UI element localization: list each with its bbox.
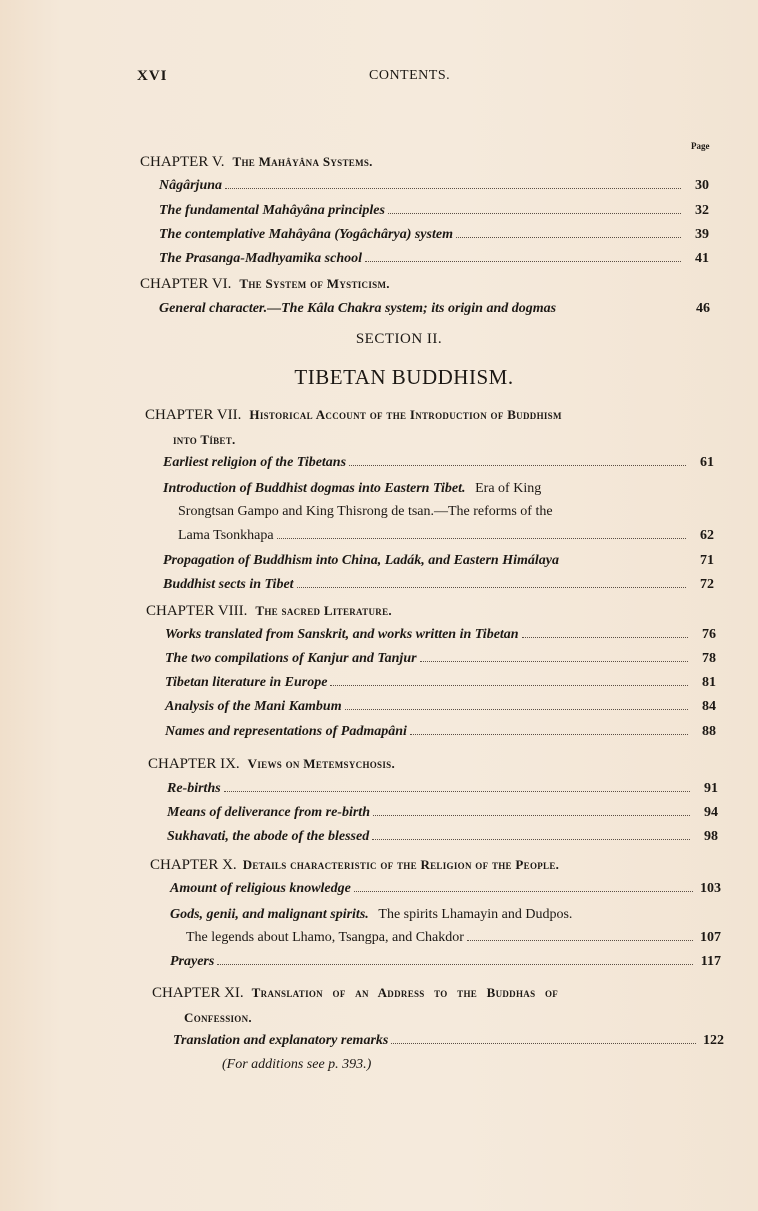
additions-note: (For additions see p. 393.) <box>222 1057 371 1073</box>
chapter-label: CHAPTER XI. <box>152 985 244 1001</box>
chapter-label: CHAPTER VI. <box>140 276 231 292</box>
section-label: SECTION II. <box>0 331 758 348</box>
entry-page: 76 <box>694 627 716 643</box>
toc-entry[interactable]: Earliest religion of the Tibetans61 <box>163 455 714 471</box>
leader-dots <box>224 791 690 792</box>
leader-dots <box>410 734 688 735</box>
entry-title: Nâgârjuna <box>159 178 222 194</box>
leader-dots <box>467 940 693 941</box>
entry-page: 39 <box>687 227 709 243</box>
chapter-label: CHAPTER IX. <box>148 756 240 772</box>
entry-title: The contemplative Mahâyâna (Yogâchârya) … <box>159 227 453 243</box>
leader-dots <box>388 213 681 214</box>
entry-title: Re-births <box>167 781 221 797</box>
leader-dots <box>349 465 686 466</box>
entry-page: 103 <box>699 881 721 897</box>
entry-title: Names and representations of Padmapâni <box>165 724 407 740</box>
leader-dots <box>420 661 688 662</box>
chapter-heading: CHAPTER VII.Historical Account of the In… <box>145 407 562 424</box>
entry-continuation: Lama Tsonkhapa62 <box>178 528 714 544</box>
toc-entry[interactable]: Re-births91 <box>167 781 718 797</box>
chapter-label: CHAPTER VII. <box>145 407 241 423</box>
entry-title: Earliest religion of the Tibetans <box>163 455 346 471</box>
leader-dots <box>456 237 681 238</box>
entry-page: 107 <box>699 930 721 946</box>
leader-dots <box>330 685 688 686</box>
chapter-title-cont: into Tíbet. <box>173 432 236 447</box>
toc-entry[interactable]: Amount of religious knowledge103 <box>170 881 721 897</box>
leader-dots <box>354 891 693 892</box>
chapter-title: Details characteristic of the Religion o… <box>243 857 560 872</box>
entry-page: 94 <box>696 805 718 821</box>
entry-title-cont: The legends about Lhamo, Tsangpa, and Ch… <box>186 930 464 946</box>
toc-entry[interactable]: Means of deliverance from re-birth94 <box>167 805 718 821</box>
toc-entry-multiline[interactable]: Gods, genii, and malignant spirits. The … <box>170 906 572 923</box>
entry-page: 32 <box>687 203 709 219</box>
toc-entry[interactable]: Translation and explanatory remarks122 <box>173 1033 724 1049</box>
chapter-heading-cont: Confession. <box>184 1010 252 1027</box>
chapter-title-cont: Confession. <box>184 1010 252 1025</box>
entry-page: 61 <box>692 455 714 471</box>
entry-title: Tibetan literature in Europe <box>165 675 327 691</box>
running-title: CONTENTS. <box>369 68 450 84</box>
entry-page: 88 <box>694 724 716 740</box>
section-title: TIBETAN BUDDHISM. <box>0 365 758 390</box>
entry-title: Translation and explanatory remarks <box>173 1033 388 1049</box>
entry-title: Prayers <box>170 954 214 970</box>
toc-entry[interactable]: The two compilations of Kanjur and Tanju… <box>165 651 716 667</box>
chapter-label: CHAPTER V. <box>140 154 224 170</box>
chapter-heading: CHAPTER XI.Translation of an Address to … <box>152 985 558 1002</box>
entry-page: 91 <box>696 781 718 797</box>
toc-entry[interactable]: Buddhist sects in Tibet72 <box>163 577 714 593</box>
chapter-title: The Mahâyâna Systems. <box>232 154 372 169</box>
chapter-heading: CHAPTER VIII.The sacred Literature. <box>146 603 392 620</box>
entry-title-roman: The spirits Lhamayin and Dudpos. <box>378 907 572 922</box>
entry-title: The Prasanga-Madhyamika school <box>159 251 362 267</box>
toc-entry[interactable]: Names and representations of Padmapâni88 <box>165 724 716 740</box>
toc-entry[interactable]: The Prasanga-Madhyamika school41 <box>159 251 709 267</box>
toc-entry[interactable]: Analysis of the Mani Kambum84 <box>165 699 716 715</box>
entry-page: 46 <box>688 301 710 317</box>
toc-entry[interactable]: Nâgârjuna30 <box>159 178 709 194</box>
entry-page: 72 <box>692 577 714 593</box>
toc-entry[interactable]: The fundamental Mahâyâna principles32 <box>159 203 709 219</box>
toc-entry[interactable]: Sukhavati, the abode of the blessed98 <box>167 829 718 845</box>
chapter-label: CHAPTER X. <box>150 857 237 873</box>
toc-entry[interactable]: Propagation of Buddhism into China, Ladá… <box>163 553 714 569</box>
leader-dots <box>217 964 693 965</box>
entry-title-cont: Lama Tsonkhapa <box>178 528 274 544</box>
toc-entry-multiline[interactable]: Introduction of Buddhist dogmas into Eas… <box>163 480 541 497</box>
toc-entry[interactable]: Prayers117 <box>170 954 721 970</box>
leader-dots <box>277 538 686 539</box>
entry-title: The fundamental Mahâyâna principles <box>159 203 385 219</box>
entry-title: Works translated from Sanskrit, and work… <box>165 627 519 643</box>
leader-dots <box>365 261 681 262</box>
entry-title: Means of deliverance from re-birth <box>167 805 370 821</box>
toc-entry[interactable]: Works translated from Sanskrit, and work… <box>165 627 716 643</box>
chapter-title: The System of Mysticism. <box>239 276 389 291</box>
toc-entry[interactable]: General character.—The Kâla Chakra syste… <box>159 301 710 317</box>
entry-page: 81 <box>694 675 716 691</box>
entry-page: 71 <box>692 553 714 569</box>
entry-title: Sukhavati, the abode of the blessed <box>167 829 369 845</box>
page-number-roman: XVI <box>137 68 168 85</box>
leader-dots <box>372 839 690 840</box>
chapter-heading-cont: into Tíbet. <box>173 432 236 449</box>
page-column-label: Page <box>691 141 710 151</box>
chapter-title: Translation of an Address to the Buddhas… <box>252 985 558 1000</box>
leader-dots <box>297 587 686 588</box>
running-header: XVI CONTENTS. <box>137 68 727 88</box>
entry-title: Buddhist sects in Tibet <box>163 577 294 593</box>
chapter-title: Views on Metemsychosis. <box>248 756 395 771</box>
entry-page: 117 <box>699 954 721 970</box>
entry-title: Introduction of Buddhist dogmas into Eas… <box>163 481 466 496</box>
entry-page: 122 <box>702 1033 724 1049</box>
chapter-label: CHAPTER VIII. <box>146 603 247 619</box>
entry-page: 84 <box>694 699 716 715</box>
entry-title: Gods, genii, and malignant spirits. <box>170 907 369 922</box>
chapter-title: Historical Account of the Introduction o… <box>249 407 561 422</box>
entry-page: 41 <box>687 251 709 267</box>
entry-page: 30 <box>687 178 709 194</box>
entry-page: 62 <box>692 528 714 544</box>
entry-page: 98 <box>696 829 718 845</box>
entry-title: Propagation of Buddhism into China, Ladá… <box>163 553 559 569</box>
chapter-heading: CHAPTER IX.Views on Metemsychosis. <box>148 756 395 773</box>
leader-dots <box>391 1043 696 1044</box>
entry-continuation: Srongtsan Gampo and King Thisrong de tsa… <box>178 504 553 520</box>
entry-title: Amount of religious knowledge <box>170 881 351 897</box>
chapter-heading: CHAPTER VI.The System of Mysticism. <box>140 276 390 293</box>
chapter-heading: CHAPTER X.Details characteristic of the … <box>150 857 559 874</box>
entry-title: Analysis of the Mani Kambum <box>165 699 342 715</box>
entry-page: 78 <box>694 651 716 667</box>
entry-title: General character.—The Kâla Chakra syste… <box>159 301 556 317</box>
entry-continuation: The legends about Lhamo, Tsangpa, and Ch… <box>186 930 721 946</box>
leader-dots <box>373 815 690 816</box>
chapter-title: The sacred Literature. <box>255 603 392 618</box>
entry-title: The two compilations of Kanjur and Tanju… <box>165 651 417 667</box>
chapter-heading: CHAPTER V.The Mahâyâna Systems. <box>140 154 373 171</box>
toc-entry[interactable]: Tibetan literature in Europe81 <box>165 675 716 691</box>
entry-title-roman: Era of King <box>475 481 541 496</box>
leader-dots <box>225 188 681 189</box>
leader-dots <box>522 637 688 638</box>
toc-entry[interactable]: The contemplative Mahâyâna (Yogâchârya) … <box>159 227 709 243</box>
leader-dots <box>345 709 688 710</box>
book-page: XVI CONTENTS. Page CHAPTER V.The Mahâyân… <box>0 0 758 1211</box>
